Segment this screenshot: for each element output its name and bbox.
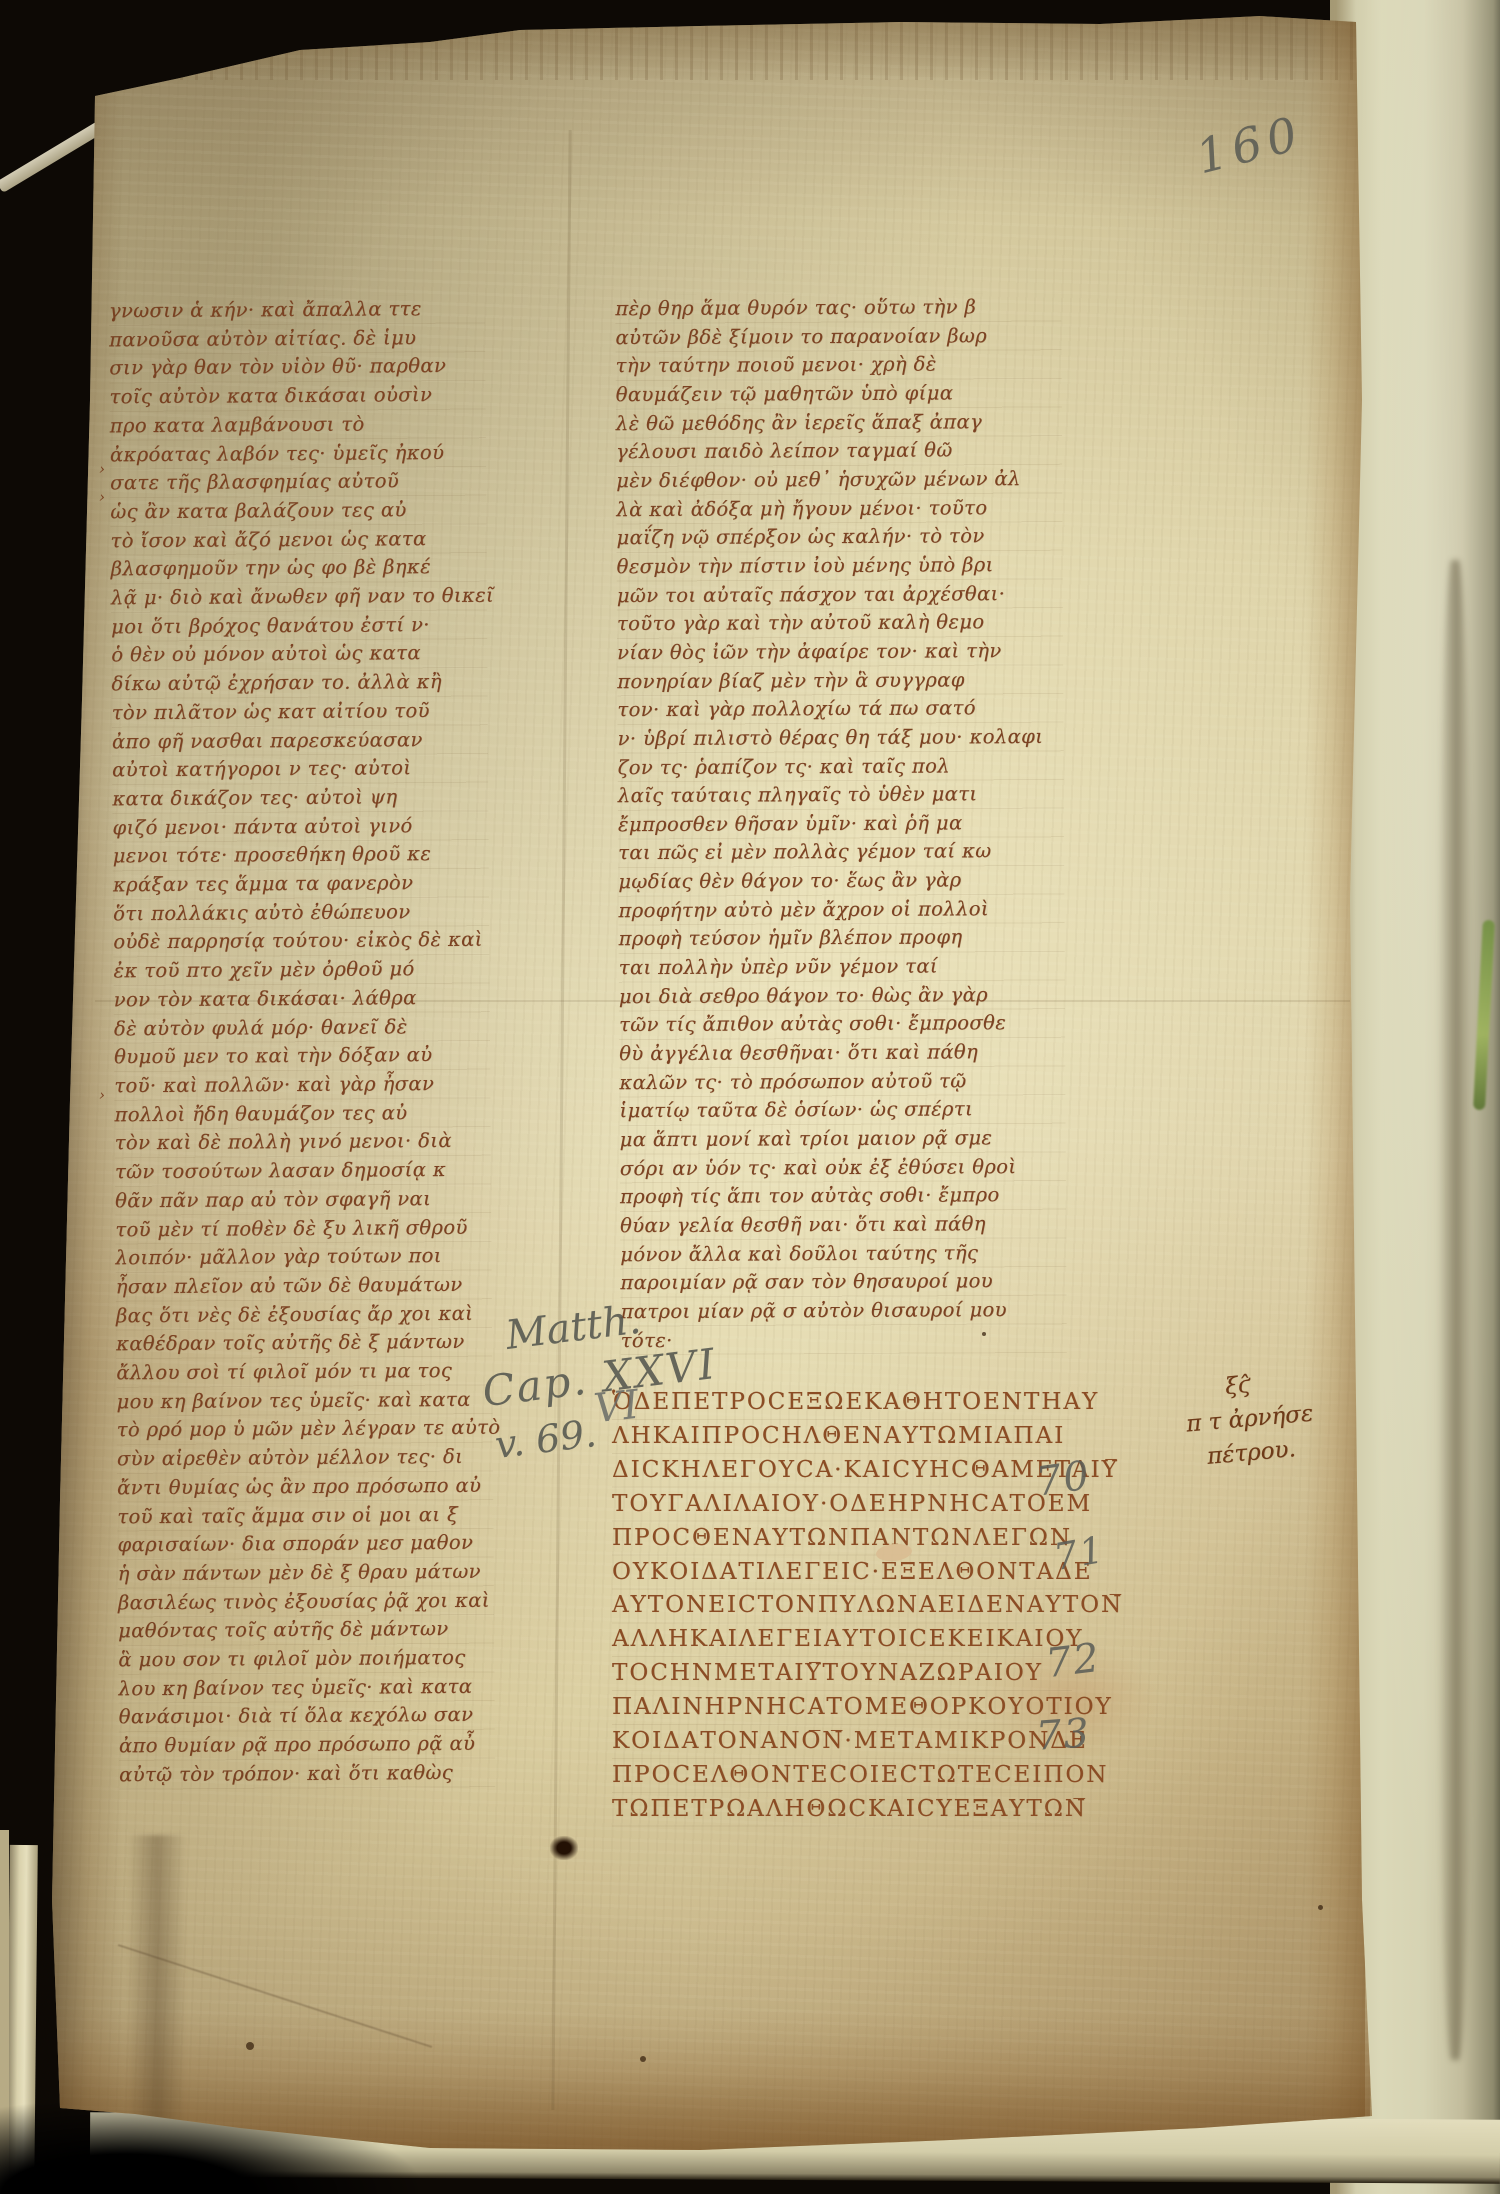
text-line: φιζό μενοι· πάντα αὐτοὶ γινό: [112, 811, 488, 842]
text-line: ἔμπροσθεν θῆσαν ὑμῖν· καὶ ῥῆ μα: [618, 809, 1064, 840]
diple-mark: ›: [99, 1086, 105, 1104]
text-line: μαΐζη νῷ σπέρξον ὡς καλήν· τὸ τὸν: [616, 522, 1062, 553]
scripture-reference-note: Matth. Cap. XXVI v. 69.: [473, 1286, 726, 1472]
text-line: θὺ ἀγγέλια θεσθῆναι· ὅτι καὶ πάθη: [619, 1038, 1065, 1069]
text-line: τὸν πιλᾶτον ὡς κατ αἰτίου τοῦ: [112, 697, 488, 728]
fold-shadow: [128, 1835, 186, 2125]
text-line: μῶν τοι αὐταῖς πάσχον ται ἀρχέσθαι·: [617, 579, 1063, 610]
text-line: προφὴ τίς ἅπι τον αὐτὰς σοθι· ἔμπρο: [620, 1181, 1066, 1212]
verse-number-73: 73: [1034, 1710, 1092, 1760]
text-line: ὁ θὲν οὐ μόνον αὐτοὶ ὡς κατα: [111, 639, 487, 670]
text-line: πονηρίαν βίαζ μὲν τὴν ἃ συγγραφ: [617, 665, 1063, 696]
speck: [640, 2056, 646, 2062]
text-line: πανοῦσα αὐτὸν αἰτίας. δὲ ἱμυ: [109, 323, 485, 354]
text-line: τὴν ταύτην ποιοῦ μενοι· χρὴ δὲ: [616, 350, 1062, 381]
text-line: ΑΛΛΗΚΑΙΛΕΓΕΙΑΥΤΟΙϹΕΚΕΙΚΑΙΟΥ: [612, 1623, 1072, 1657]
text-line: τοῦ· καὶ πολλῶν· καὶ γὰρ ἦσαν: [114, 1070, 490, 1101]
text-line: τὸ ρρό μορ ὑ μῶν μὲν λέγραν τε αὐτὸ: [117, 1414, 493, 1445]
text-line: ΟΥΚΟΙΔΑΤΙΛΕΓΕΙϹ·ΕΞΕΛΘΟΝΤΑΔΕ: [612, 1556, 1072, 1590]
diple-mark: ›: [99, 460, 105, 478]
text-line: αὐτῶν βδὲ ξίμοιν το παρανοίαν βωρ: [615, 321, 1061, 352]
text-line: ἄλλου σοὶ τί φιλοῖ μόν τι μα τος: [116, 1357, 492, 1388]
text-line: μῳδίας θὲν θάγον το· ἕως ἂν γὰρ: [618, 866, 1064, 897]
text-line: γνωσιν ἁ κήν· καὶ ἄπαλλα ττε: [109, 295, 485, 326]
text-line: ΚΟΙΔΑΤΟΝΑΝΟ̅Ν̅·ΜΕΤΑΜΙΚΡΟΝΔΕ: [612, 1725, 1072, 1759]
text-line: ΔΙϹΚΗΛΕΓΟΥϹΑ·ΚΑΙϹΥΗϹΘΑΜΕΤΑΙΥ̅: [612, 1454, 1072, 1488]
text-line: τοῖς αὐτὸν κατα δικάσαι οὐσὶν: [109, 381, 485, 412]
text-line: ἱματίῳ ταῦτα δὲ ὁσίων· ὡς σπέρτι: [619, 1095, 1065, 1126]
diagonal-crease: [118, 1944, 432, 2048]
text-line: τοῦ μὲν τί ποθὲν δὲ ξυ λικῆ σθροῦ: [115, 1213, 491, 1244]
kephalaion-note: ξϛ̂ π τ ἀρνήσε πέτρου.: [1182, 1363, 1318, 1476]
text-line: ὡς ἂν κατα βαλάζουν τες αὐ: [110, 496, 486, 527]
text-line: ΤΩΠΕΤΡΩΑΛΗΘΩϹΚΑΙϹΥΕΞΑΥΤΩΝ̅: [612, 1793, 1072, 1827]
text-line: πὲρ θηρ ἅμα θυρόν τας· οὕτω τὴν β: [615, 293, 1061, 324]
verse-number-72: 72: [1043, 1635, 1103, 1687]
text-line: σιν γὰρ θαν τὸν υἱὸν θῦ· παρθαν: [109, 352, 485, 383]
text-line: τῶν τίς ἄπιθον αὐτὰς σοθι· ἔμπροσθε: [619, 1009, 1065, 1040]
text-line: ν· ὑβρί πιλιστὸ θέρας θη τάξ μου· κολαφι: [617, 723, 1063, 754]
text-line: πολλοὶ ἤδη θαυμάζον τες αὐ: [114, 1098, 490, 1129]
text-line: μου κη βαίνον τες ὑμεῖς· καὶ κατα: [116, 1385, 492, 1416]
text-line: μὲν διέφθον· οὐ μεθ᾽ ἡσυχῶν μένων ἀλ: [616, 465, 1062, 496]
text-line: μοι ὅτι βρόχος θανάτου ἐστί ν·: [111, 610, 487, 641]
text-line: φαρισαίων· δια σποράν μεσ μαθον: [117, 1529, 493, 1560]
right-text-column: πὲρ θηρ ἅμα θυρόν τας· οὕτω τὴν βαὐτῶν β…: [615, 293, 1067, 1356]
text-line: οὐδὲ παρρησίᾳ τούτου· εἰκὸς δὲ καὶ: [113, 926, 489, 957]
text-line: ΤΟΥΓΑΛΙΛΑΙΟΥ·ΟΔΕΗΡΝΗϹΑΤΟΕΜ: [612, 1488, 1072, 1522]
text-line: αὐτοὶ κατήγοροι ν τες· αὐτοὶ: [112, 754, 488, 785]
text-line: τον· καὶ γὰρ πολλοχίω τά πω σατό: [617, 694, 1063, 725]
text-line: ἀπο φῆ νασθαι παρεσκεύασαν: [112, 725, 488, 756]
text-line: ΠΑΛΙΝΗΡΝΗϹΑΤΟΜΕΘΟΡΚΟΥΟΤΙΟΥ: [612, 1691, 1072, 1725]
text-line: σὺν αἱρεθὲν αὐτὸν μέλλον τες· δι: [117, 1443, 493, 1474]
left-text-column: γνωσιν ἁ κήν· καὶ ἄπαλλα ττεπανοῦσα αὐτὸ…: [109, 295, 495, 1790]
text-line: ἡ σὰν πάντων μὲν δὲ ξ θραυ μάτων: [118, 1558, 494, 1589]
text-line: ται πολλὴν ὑπὲρ νῦν γέμον ταί: [619, 952, 1065, 983]
text-line: βασιλέως τινὸς ἐξουσίας ῥᾷ χοι καὶ: [118, 1586, 494, 1617]
text-line: μαθόντας τοῖς αὐτῆς δὲ μάντων: [118, 1615, 494, 1646]
text-line: ἀπο θυμίαν ρᾷ προ πρόσωπο ρᾷ αὖ: [119, 1730, 495, 1761]
diple-mark: ›: [99, 488, 105, 506]
speck: [246, 2042, 254, 2050]
text-line: λου κη βαίνον τες ὑμεῖς· καὶ κατα: [118, 1672, 494, 1703]
text-line: ὅτι πολλάκις αὐτὸ ἐθώπευον: [113, 897, 489, 928]
text-line: ΤΟϹΗΝΜΕΤΑΙΥ̅ΤΟΥΝΑΖΩΡΑΙΟΥ: [612, 1657, 1072, 1691]
text-line: ἃ μου σον τι φιλοῖ μὸν ποιήματος: [118, 1644, 494, 1675]
text-line: ἀκρόατας λαβόν τες· ὑμεῖς ἠκού: [110, 438, 486, 469]
text-line: βας ὅτι νὲς δὲ ἐξουσίας ἄρ χοι καὶ: [116, 1299, 492, 1330]
text-line: προφήτην αὐτὸ μὲν ἄχρον οἱ πολλοὶ: [618, 895, 1064, 926]
text-line: λοιπόν· μᾶλλον γὰρ τούτων ποι: [115, 1242, 491, 1273]
text-line: θανάσιμοι· διὰ τί ὅλα κεχόλω σαν: [119, 1701, 495, 1732]
text-line: αὐτῷ τὸν τρόπον· καὶ ὅτι καθὼς: [119, 1759, 495, 1790]
text-line: ἦσαν πλεῖον αὐ τῶν δὲ θαυμάτων: [116, 1271, 492, 1302]
text-line: βλασφημοῦν την ὡς φο βὲ βηκέ: [111, 553, 487, 584]
text-line: μόνον ἄλλα καὶ δοῦλοι ταύτης τῆς: [620, 1238, 1066, 1269]
verse-number-70: 70: [1033, 1452, 1094, 1505]
text-line: ΠΡΟϹΕΛΘΟΝΤΕϹΟΙΕϹΤΩΤΕϹΕΙΠΟΝ: [612, 1759, 1072, 1793]
text-line: μοι διὰ σεθρο θάγον το· θὼς ἂν γὰρ: [619, 981, 1065, 1012]
text-line: τῶν τοσούτων λασαν δημοσίᾳ κ: [115, 1156, 491, 1187]
text-line: δὲ αὐτὸν φυλά μόρ· θανεῖ δὲ: [114, 1012, 490, 1043]
text-line: καλῶν τς· τὸ πρόσωπον αὐτοῦ τῷ: [619, 1067, 1065, 1098]
folio-number: 160: [1191, 106, 1309, 185]
text-line: ΑΥΤΟΝΕΙϹΤΟΝΠΥΛΩΝΑΕΙΔΕΝΑΥΤΟΝ̅: [612, 1589, 1072, 1623]
text-line: καθέδραν τοῖς αὐτῆς δὲ ξ μάντων: [116, 1328, 492, 1359]
text-line: νον τὸν κατα δικάσαι· λάθρα: [114, 984, 490, 1015]
page-top-edge: [90, 14, 1365, 80]
text-line: τοῦτο γὰρ καὶ τὴν αὐτοῦ καλὴ θεμο: [617, 608, 1063, 639]
text-line: προ κατα λαμβάνουσι τὸ: [110, 410, 486, 441]
text-line: σατε τῆς βλασφημίας αὐτοῦ: [110, 467, 486, 498]
text-line: γέλουσι παιδὸ λείπον ταγμαί θῶ: [616, 436, 1062, 467]
speck: [1318, 1905, 1323, 1910]
text-line: σόρι αν ὑόν τς· καὶ οὐκ ἐξ ἐθύσει θροὶ: [620, 1153, 1066, 1184]
text-line: ται πῶς εἰ μὲν πολλὰς γέμον ταί κω: [618, 837, 1064, 868]
text-line: λὲ θῶ μεθόδης ἂν ἱερεῖς ἅπαξ ἀπαγ: [616, 407, 1062, 438]
text-line: λᾷ μ· διὸ καὶ ἄνωθεν φῆ ναν το θικεῖ: [111, 582, 487, 613]
text-line: τοῦ καὶ ταῖς ἅμμα σιν οἱ μοι αι ξ: [117, 1500, 493, 1531]
manuscript-photo: { "photo": { "folio_number": "160", "lef…: [0, 0, 1500, 2194]
text-line: κατα δικάζον τες· αὐτοὶ ψη: [112, 783, 488, 814]
text-line: θᾶν πᾶν παρ αὐ τὸν σφαγῆ ναι: [115, 1184, 491, 1215]
text-line: ζον τς· ῥαπίζον τς· καὶ ταῖς πολ: [618, 751, 1064, 782]
text-line: θυμοῦ μεν το καὶ τὴν δόξαν αὐ: [114, 1041, 490, 1072]
pencil-numeral: VI: [592, 1382, 641, 1432]
parchment-page: 160 γνωσιν ἁ κήν· καὶ ἄπαλλα ττεπανοῦσα …: [0, 0, 1500, 2194]
text-line: μενοι τότε· προσεθήκη θροῦ κε: [113, 840, 489, 871]
text-line: λαῖς ταύταις πληγαῖς τὸ ὑθὲν ματι: [618, 780, 1064, 811]
text-line: ἐκ τοῦ πτο χεῖν μὲν ὀρθοῦ μό: [113, 955, 489, 986]
text-line: τὸν καὶ δὲ πολλὴ γινό μενοι· διὰ: [115, 1127, 491, 1158]
text-line: ΠΡΟϹΘΕΝΑΥΤΩΝΠΑΝΤΩΝΛΕΓΩΝ: [612, 1522, 1072, 1556]
text-line: θύαν γελία θεσθῆ ναι· ὅτι καὶ πάθη: [620, 1210, 1066, 1241]
ink-blot-stain: [550, 1836, 578, 1860]
text-line: μα ἅπτι μονί καὶ τρίοι μαιον ρᾷ σμε: [620, 1124, 1066, 1155]
verse-number-71: 71: [1051, 1528, 1109, 1579]
text-line: τὸ ἴσον καὶ ἄζό μενοι ὡς κατα: [110, 524, 486, 555]
text-line: λὰ καὶ ἀδόξα μὴ ἤγουν μένοι· τοῦτο: [616, 493, 1062, 524]
vertical-crease: [551, 130, 571, 2110]
text-line: ἄντι θυμίας ὡς ἂν προ πρόσωπο αὐ: [117, 1472, 493, 1503]
text-line: θεσμὸν τὴν πίστιν ἰοὺ μένης ὑπὸ βρι: [617, 551, 1063, 582]
underlying-page-crease-shadow: [1438, 560, 1472, 2060]
text-line: νίαν θὸς ἰῶν τὴν ἀφαίρε τον· καὶ τὴν: [617, 637, 1063, 668]
text-line: δίκω αὐτῷ ἐχρήσαν το. ἀλλὰ κἢ: [111, 668, 487, 699]
text-line: θαυμάζειν τῷ μαθητῶν ὑπὸ φίμα: [616, 379, 1062, 410]
supplement-text-block: ὉΔΕΠΕΤΡΟϹΕΞΩΕΚΑΘΗΤΟΕΝΤΗΑΥΛΗΚΑΙΠΡΟϹΗΛΘΕΝΑ…: [612, 1386, 1072, 1827]
text-line: κράξαν τες ἅμμα τα φανερὸν: [113, 869, 489, 900]
text-line: προφὴ τεύσον ἡμῖν βλέπον προφη: [619, 923, 1065, 954]
